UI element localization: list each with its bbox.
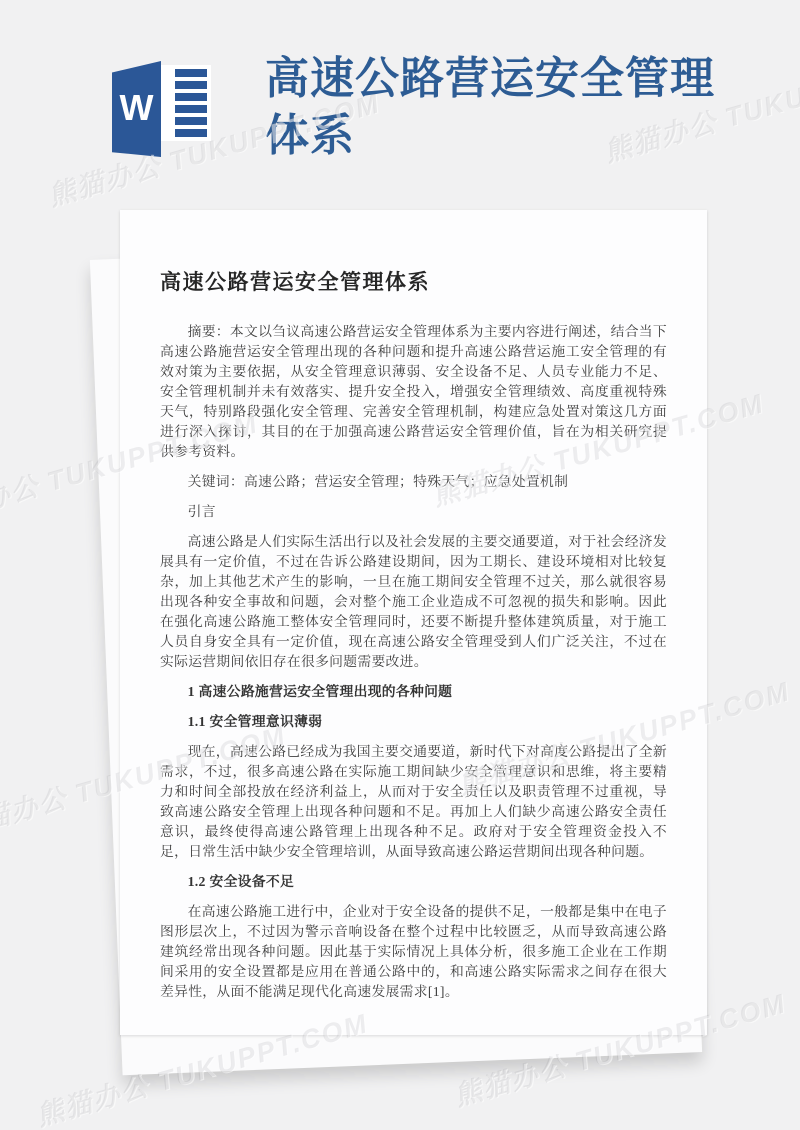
page-background: W 高速公路营运安全管理体系 高速公路营运安全管理体系 摘要：本文以刍议高速公路… [0, 0, 800, 1130]
abstract-paragraph: 摘要：本文以刍议高速公路营运安全管理体系为主要内容进行阐述，结合当下高速公路施营… [160, 322, 667, 462]
word-icon-line [175, 117, 207, 125]
introduction-paragraph: 高速公路是人们实际生活出行以及社会发展的主要交通要道，对于社会经济发展具有一定价… [160, 532, 667, 672]
section-heading-1-2: 1.2 安全设备不足 [160, 872, 667, 892]
section-heading-1: 1 高速公路施营运安全管理出现的各种问题 [160, 682, 667, 702]
word-icon-cover: W [112, 61, 161, 157]
document-title: 高速公路营运安全管理体系 [160, 266, 667, 296]
word-document-icon: W [112, 55, 212, 160]
section-heading-introduction: 引言 [160, 502, 667, 522]
section-1-1-paragraph: 现在，高速公路已经成为我国主要交通要道，新时代下对高度公路提出了全新需求，不过，… [160, 742, 667, 862]
section-1-2-paragraph: 在高速公路施工进行中，企业对于安全设备的提供不足，一般都是集中在电子图形层次上，… [160, 902, 667, 1002]
word-icon-letter: W [120, 90, 154, 126]
keywords-line: 关键词：高速公路；营运安全管理；特殊天气；应急处置机制 [160, 472, 667, 492]
page-title: 高速公路营运安全管理体系 [265, 50, 737, 164]
word-icon-line [175, 129, 207, 137]
word-icon-line [175, 105, 207, 113]
section-heading-1-1: 1.1 安全管理意识薄弱 [160, 712, 667, 732]
word-icon-sheet [157, 65, 211, 141]
word-icon-line [175, 69, 207, 77]
word-icon-line [175, 93, 207, 101]
document-page: 高速公路营运安全管理体系 摘要：本文以刍议高速公路营运安全管理体系为主要内容进行… [120, 210, 707, 1035]
word-icon-line [175, 81, 207, 89]
